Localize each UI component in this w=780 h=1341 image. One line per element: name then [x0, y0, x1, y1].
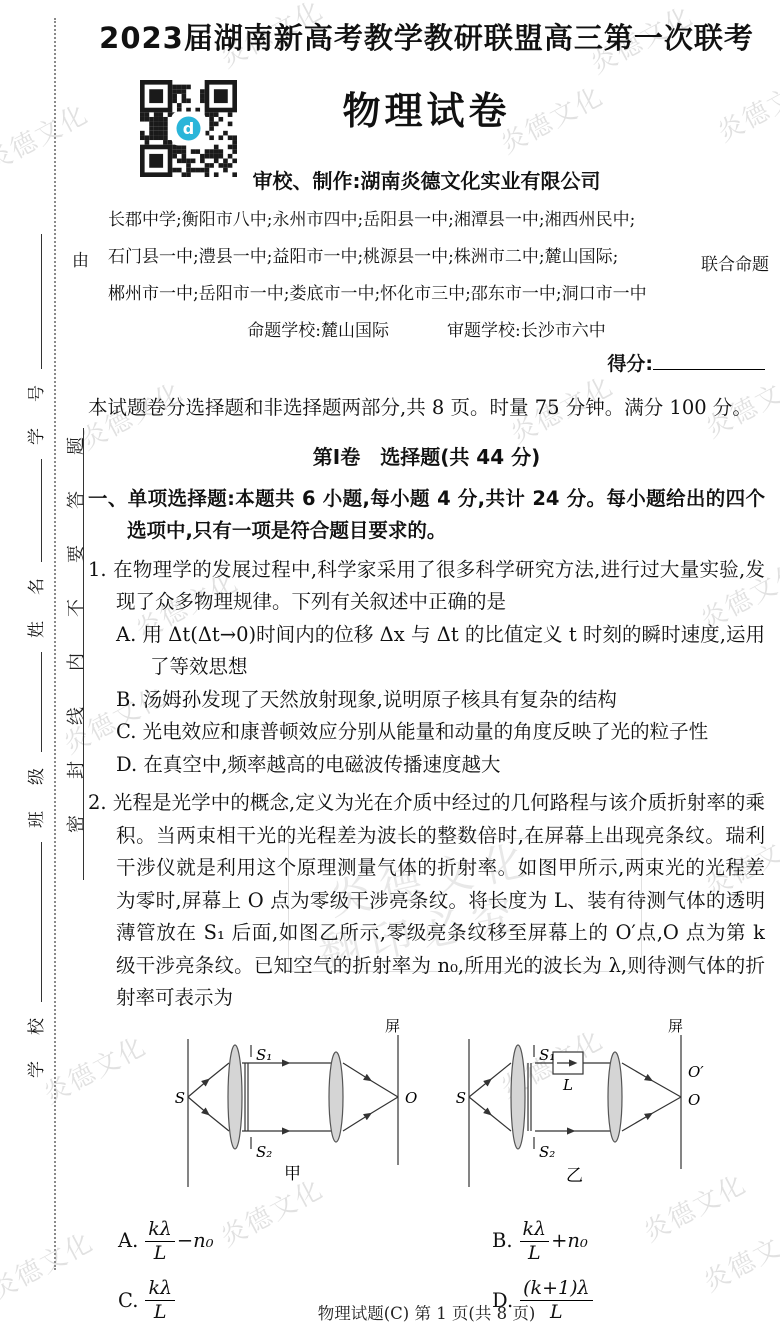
screen-label: 屏: [668, 1017, 683, 1035]
field-class-blank: [27, 652, 42, 752]
seal-dotted-line: [54, 18, 56, 1270]
reviewer: 审题学校:长沙市六中: [447, 321, 606, 341]
source-label: S: [175, 1089, 185, 1107]
q2-option-a: A. kλL −n₀: [88, 1219, 462, 1265]
q1-number: 1.: [88, 558, 107, 581]
field-class-label: 班级: [27, 742, 47, 828]
field-studentid-blank: [27, 234, 42, 369]
q1-option-a: A. 用 Δt(Δt→0)时间内的位移 Δx 与 Δt 的比值定义 t 时刻的瞬…: [116, 619, 765, 684]
caption-jia: 甲: [284, 1164, 301, 1184]
field-school-blank: [27, 842, 42, 1002]
section1-title: 第Ⅰ卷 选择题(共 44 分): [88, 443, 765, 471]
q1-option-d: D. 在真空中,频率越高的电磁波传播速度越大: [116, 749, 765, 782]
point-o-label: O: [688, 1091, 700, 1109]
score-blank: [653, 353, 765, 370]
q2-option-b: B. kλL +n₀: [462, 1219, 765, 1265]
slit1-label: S₁: [256, 1046, 272, 1064]
field-name-label: 姓名: [27, 552, 47, 638]
optics-diagrams: 屏 S S₁ S₂ O 甲: [88, 1017, 765, 1209]
part1-heading: 一、单项选择题:本题共 6 小题,每小题 4 分,共计 24 分。每小题给出的四…: [88, 483, 765, 548]
exam-notice: 本试题卷分选择题和非选择题两部分,共 8 页。时量 75 分钟。满分 100 分…: [88, 392, 765, 425]
optics-diagram-yi: [469, 1035, 681, 1187]
point-o-label: O: [405, 1089, 417, 1107]
school-line: 石门县一中;澧县一中;益阳市一中;桃源县一中;株洲市二中;麓山国际;: [108, 239, 685, 276]
watermark-text: 炎德文化: [0, 1222, 99, 1307]
slit2-label: S₂: [539, 1143, 555, 1161]
school-list: 由 联合命题 长郡中学;衡阳市八中;永州市四中;岳阳县一中;湘潭县一中;湘西州民…: [88, 202, 765, 350]
exam-paper-page: 炎德文化炎德文化炎德文化炎德文化炎德文化炎德文化炎德文化炎德文化炎德文化炎德文化…: [0, 0, 780, 1341]
student-info-fields: 学校班级姓名学号: [22, 220, 47, 1078]
field-studentid-label: 学号: [27, 359, 47, 445]
school-line: 郴州市一中;岳阳市一中;娄底市一中;怀化市三中;邵东市一中;洞口市一中: [108, 276, 685, 313]
proposer: 命题学校:麓山国际: [247, 321, 389, 341]
caption-yi: 乙: [566, 1166, 583, 1186]
q1-option-c: C. 光电效应和康普顿效应分别从能量和动量的角度反映了光的粒子性: [116, 716, 765, 749]
q2-number: 2.: [88, 791, 107, 814]
score-line: 得分:: [88, 352, 765, 376]
q1-option-b: B. 汤姆孙发现了天然放射现象,说明原子核具有复杂的结构: [116, 684, 765, 717]
school-line: 长郡中学;衡阳市八中;永州市四中;岳阳县一中;湘潭县一中;湘西州民中;: [108, 202, 685, 239]
field-school-label: 学校: [27, 992, 47, 1078]
watermark-text: 炎德文化: [0, 94, 94, 179]
screen-label: 屏: [385, 1017, 400, 1035]
joint-prefix: 由: [72, 243, 89, 280]
field-name-blank: [27, 459, 42, 562]
question-2: 2. 光程是光学中的概念,定义为光在介质中经过的几何路程与该介质折射率的乘积。当…: [88, 787, 765, 1015]
main-content: 2023届湖南新高考教学教研联盟高三第一次联考 d 物理试卷 审校、制作:湖南炎…: [88, 18, 765, 1338]
qr-code-image: d: [140, 80, 237, 177]
footer-page-number: 物理试题(C) 第 1 页(共 8 页): [88, 1300, 765, 1324]
svg-text:d: d: [183, 119, 194, 138]
exam-title: 2023届湖南新高考教学教研联盟高三第一次联考: [88, 18, 765, 58]
qr-code: d: [140, 80, 237, 177]
joint-suffix: 联合命题: [701, 247, 769, 284]
slit2-label: S₂: [256, 1143, 272, 1161]
question-1: 1. 在物理学的发展过程中,科学家采用了很多科学研究方法,进行过大量实验,发现了…: [88, 554, 765, 619]
q2-stem: 光程是光学中的概念,定义为光在介质中经过的几何路程与该介质折射率的乘积。当两束相…: [113, 791, 765, 1009]
proposer-line: 命题学校:麓山国际审题学校:长沙市六中: [88, 313, 765, 350]
optics-diagram-svg: 屏 S S₁ S₂ O 甲: [88, 1017, 768, 1209]
seal-line-text: 密封线内不要答题: [62, 401, 88, 833]
point-o-prime-label: O′: [688, 1063, 704, 1081]
score-label: 得分:: [607, 353, 653, 375]
slit1-label: S₁: [539, 1046, 555, 1064]
source-label: S: [456, 1089, 466, 1107]
q1-stem: 在物理学的发展过程中,科学家采用了很多科学研究方法,进行过大量实验,发现了众多物…: [113, 558, 765, 614]
tube-length-label: L: [562, 1076, 573, 1094]
